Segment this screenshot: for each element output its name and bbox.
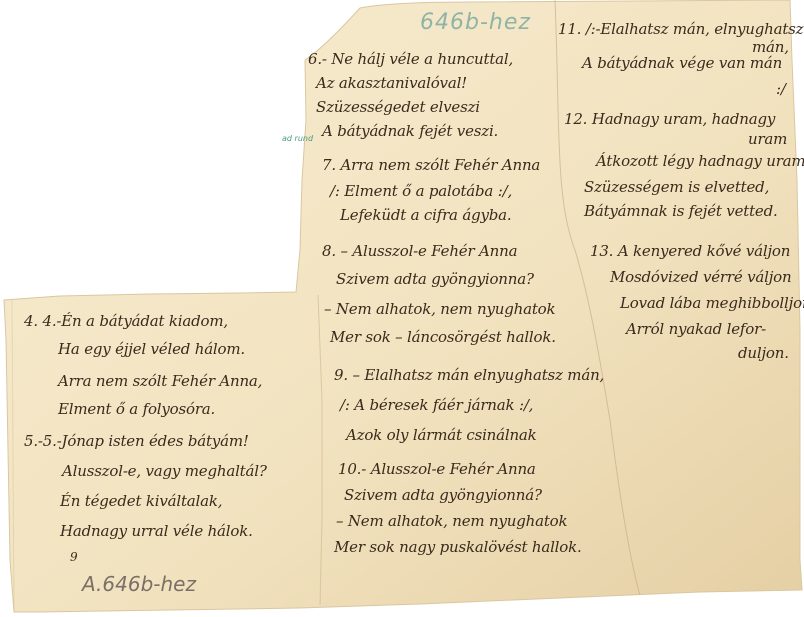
stanza-line: A bátyádnak fejét veszi. (322, 122, 498, 140)
stanza-line: 7. Arra nem szólt Fehér Anna (322, 156, 540, 174)
stanza-line: 13. A kenyered kővé váljon (590, 242, 790, 260)
stanza-line: 4. 4.-Én a bátyádat kiadom, (24, 312, 228, 330)
stanza-line: Szivem adta gyöngyionna? (336, 270, 534, 288)
stanza-line: – Nem alhatok, nem nyughatok (336, 512, 567, 530)
stanza-line: 6.- Ne hálj véle a huncuttal, (308, 50, 513, 68)
stanza-line: – Nem alhatok, nem nyughatok (324, 300, 555, 318)
stanza-line: Az akasztanivalóval! (316, 74, 467, 92)
stanza-line: Azok oly lármát csinálnak (346, 426, 537, 444)
stanza-line: Szüzességedet elveszi (316, 98, 480, 116)
stanza-line: 11. /:-Elalhatsz mán, elnyughatsz (558, 20, 803, 38)
archive-mark-top: 646b-hez (420, 10, 531, 35)
stanza-line: Szivem adta gyöngyionná? (344, 486, 542, 504)
stanza-line: Én tégedet kiváltalak, (60, 492, 222, 510)
stanza-line: 10.- Alusszol-e Fehér Anna (338, 460, 536, 478)
stanza-line: 8. – Alusszol-e Fehér Anna (322, 242, 517, 260)
stanza-line: Lefeküdt a cifra ágyba. (340, 206, 512, 224)
stanza-line: /: Elment ő a palotába :/, (330, 182, 512, 200)
stanza-line: Mer sok nagy puskalövést hallok. (334, 538, 582, 556)
stanza-line: Bátyámnak is fejét vetted. (584, 202, 778, 220)
page-digit: 9 (70, 548, 77, 566)
stanza-line: Szüzességem is elvetted, (584, 178, 769, 196)
stanza-line: Mosdóvized vérré váljon (610, 268, 791, 286)
stanza-line: Ha egy éjjel véled hálom. (58, 340, 245, 358)
stanza-line: :/ (776, 80, 786, 98)
stanza-line: /: A béresek fáér járnak :/, (340, 396, 533, 414)
stanza-line: Elment ő a folyosóra. (58, 400, 215, 418)
manuscript-page: 646b-hez ad rund A.646b-hez 9 4. 4.-Én a… (0, 0, 804, 617)
archive-mark-bottom: A.646b-hez (82, 572, 196, 596)
archive-note-small: ad rund (282, 134, 313, 143)
stanza-line: 12. Hadnagy uram, hadnagy (564, 110, 775, 128)
stanza-line: duljon. (738, 344, 789, 362)
stanza-line: 5.-5.-Jónap isten édes bátyám! (24, 432, 249, 450)
stanza-line: Arról nyakad lefor- (626, 320, 766, 338)
stanza-line: Arra nem szólt Fehér Anna, (58, 372, 262, 390)
stanza-line: 9. – Elalhatsz mán elnyughatsz mán, (334, 366, 604, 384)
stanza-line: Mer sok – láncosörgést hallok. (330, 328, 556, 346)
stanza-line: Alusszol-e, vagy meghaltál? (62, 462, 267, 480)
stanza-line: uram (748, 130, 787, 148)
stanza-line: Lovad lába meghibbolljon (620, 294, 804, 312)
stanza-line: Átkozott légy hadnagy uram! (596, 152, 804, 170)
stanza-line: A bátyádnak vége van mán (582, 54, 782, 72)
stanza-line: Hadnagy urral véle hálok. (60, 522, 253, 540)
